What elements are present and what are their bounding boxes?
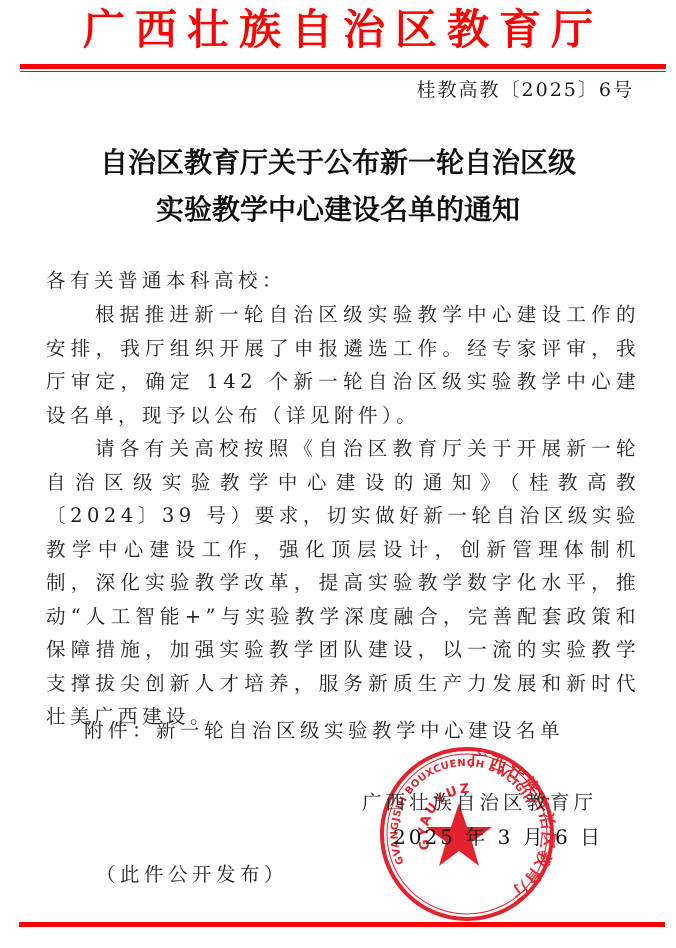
signature-organization: 广西壮族自治区教育厅 <box>362 790 597 816</box>
document-number: 桂教高教〔2025〕6号 <box>417 77 634 103</box>
signature-date: 2025 年 3 月 6 日 <box>393 824 603 850</box>
paragraph-1: 根据推进新一轮自治区级实验教学中心建设工作的安排，我厅组织开展了申报遴选工作。经… <box>46 298 640 432</box>
masthead-rule-thin <box>20 71 666 72</box>
notice-title-line1: 自治区教育厅关于公布新一轮自治区级 <box>0 143 676 183</box>
footer-rule <box>19 922 665 927</box>
attachment-note: 附件：新一轮自治区级实验教学中心建设名单 <box>84 714 564 748</box>
paragraph-2: 请各有关高校按照《自治区教育厅关于开展新一轮自治区级实验教学中心建设的通知》（桂… <box>46 432 640 734</box>
publication-note: （此件公开发布） <box>96 858 288 892</box>
masthead-title: 广西壮族自治区教育厅 <box>0 4 676 56</box>
salutation: 各有关普通本科高校： <box>46 264 286 298</box>
notice-title-line2: 实验教学中心建设名单的通知 <box>0 190 676 230</box>
masthead-rule-thick <box>20 64 666 69</box>
